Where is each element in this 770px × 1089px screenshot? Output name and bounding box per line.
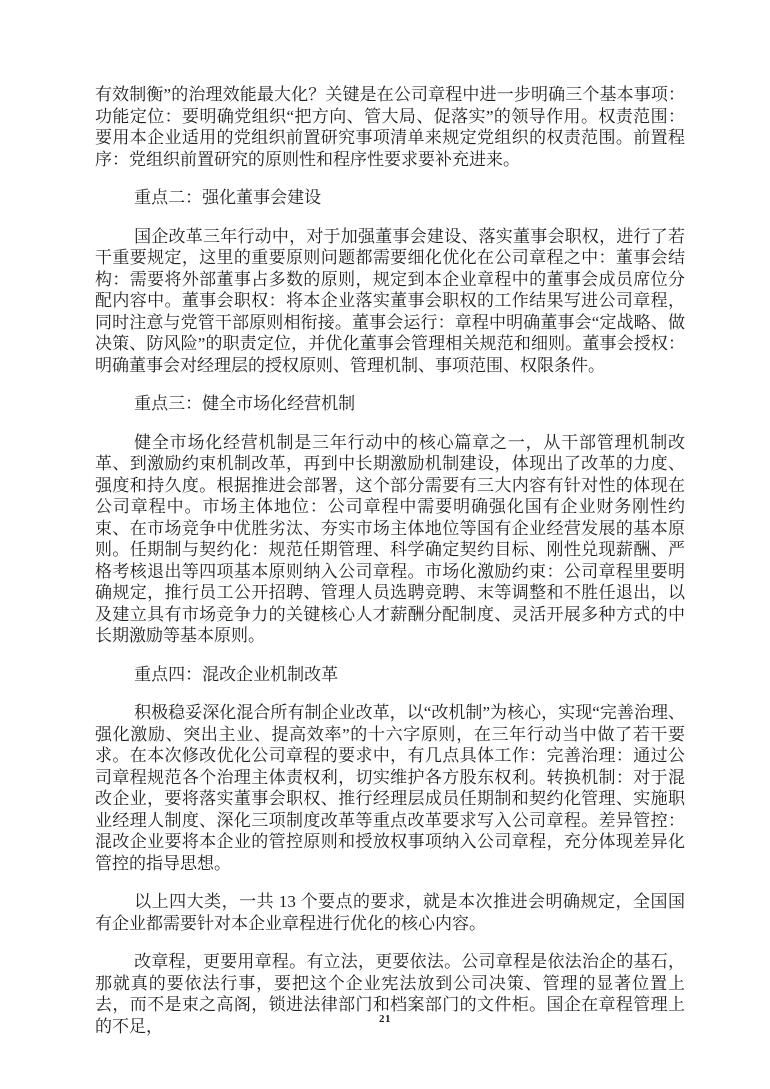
page-number: 21 xyxy=(0,1013,770,1025)
section-heading: 重点二：强化董事会建设 xyxy=(95,187,685,209)
section-heading: 重点三：健全市场化经营机制 xyxy=(95,393,685,415)
body-paragraph: 健全市场化经营机制是三年行动中的核心篇章之一，从干部管理机制改革、到激励约束机制… xyxy=(95,432,685,647)
section-heading: 重点四：混改企业机制改革 xyxy=(95,664,685,686)
document-content: 有效制衡”的治理效能最大化？关键是在公司章程中进一步明确三个基本事项：功能定位：… xyxy=(95,84,685,1054)
body-paragraph: 国企改革三年行动中，对于加强董事会建设、落实董事会职权，进行了若干重要规定，这里… xyxy=(95,226,685,377)
body-paragraph: 以上四大类，一共 13 个要点的要求，就是本次推进会明确规定，全国国有企业都需要… xyxy=(95,891,685,934)
body-paragraph: 有效制衡”的治理效能最大化？关键是在公司章程中进一步明确三个基本事项：功能定位：… xyxy=(95,84,685,170)
body-paragraph: 积极稳妥深化混合所有制企业改革，以“改机制”为核心，实现“完善治理、强化激励、突… xyxy=(95,702,685,874)
document-page: 有效制衡”的治理效能最大化？关键是在公司章程中进一步明确三个基本事项：功能定位：… xyxy=(0,0,770,1089)
